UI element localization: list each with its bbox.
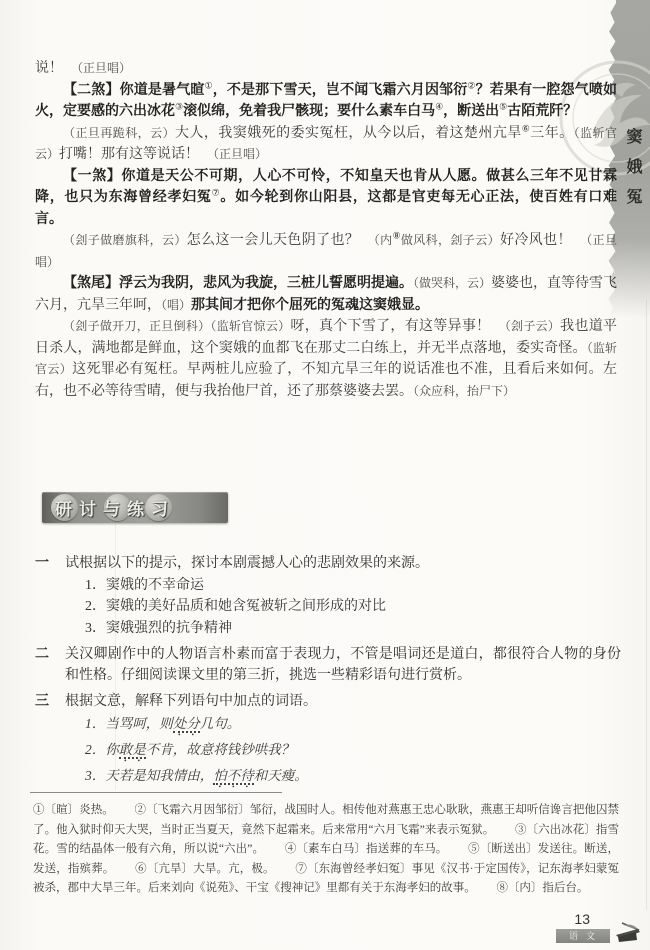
text-segment-plain: 1．窦娥的不幸命运 (85, 578, 204, 593)
text-segment-note: ③ (175, 101, 183, 111)
text-segment-speech: 三年。 (530, 126, 573, 141)
exercise-section-number: 一 (35, 554, 65, 639)
text-segment-note: ① (205, 80, 213, 90)
text-segment-aria: 那其间才把你个屈死的冤魂这窦娥显。 (191, 298, 429, 313)
publisher-logo-icon (612, 915, 646, 945)
text-segment-speech: 这死罪必有冤枉。早两桩儿应验了，不知亢旱三年的说话准也不准，且看后来如何。左右，… (35, 362, 617, 399)
text-segment-note: ② (467, 80, 475, 90)
text-segment-k: 和天瘦。 (254, 768, 308, 783)
text-segment-k: 3．天若是知我情由， (85, 768, 213, 783)
text-segment-note: ④ (435, 101, 443, 111)
text-segment-speech: 好冷风也！ (500, 233, 586, 248)
text-segment-speech: 大人，我窦娥死的委实冤枉，从今以后，着这楚州亢旱 (175, 126, 522, 141)
text-segment-speech: 呀，真个下雪了，有这等异事！ (290, 319, 504, 334)
text-segment-note: ⑥ (522, 123, 531, 133)
exercise-section-number: 二 (35, 645, 65, 686)
text-segment-k: 几句。 (200, 716, 241, 731)
footnote: ⑧〔内〕指后台。 (496, 882, 588, 894)
text-segment-aria: 【煞尾】浮云为我阴，悲风为我旋，三桩儿誓愿明提遍。 (63, 276, 413, 291)
exercise-item: 2．你敢是不肯，故意将钱钞哄我？ (65, 740, 621, 765)
text-segment-stage: （正旦唱） (213, 147, 267, 161)
exercise-item: 3．窦娥强烈的抗争精神 (65, 619, 621, 640)
exercise-section: 二关汉卿剧作中的人物语言朴素而富于表现力，不管是唱词还是道白，都很符合人物的身份… (35, 645, 621, 686)
text-segment-k: 1．当骂呵，则 (85, 716, 173, 731)
text-segment-stage: （刽子云） (505, 319, 560, 333)
exercise-section-number: 三 (35, 692, 65, 791)
exercise-prompt: 关汉卿剧作中的人物语言朴素而富于表现力，不管是唱词还是道白，都很符合人物的身份和… (65, 645, 621, 686)
text-segment-stage: 做风科，刽子云） (401, 233, 500, 247)
text-segment-kd: 敢是 (119, 742, 146, 759)
text-segment-speech: 怎么这一会儿天色阴了也？ (187, 233, 374, 248)
text-segment-aria: 古陌荒阡？ (507, 104, 577, 119)
footnote: ④〔素车白马〕指送葬的车马。 (285, 843, 448, 855)
text-segment-stage: （刽子做磨旗科，云） (63, 233, 187, 247)
play-paragraph: 说！ （正旦唱） (35, 58, 617, 80)
text-segment-stage: （正旦再跪科，云） (63, 126, 175, 140)
exercise-prompt: 试根据以下的提示，探讨本剧震撼人心的悲剧效果的来源。 (65, 554, 621, 575)
exercises-block: 一试根据以下的提示，探讨本剧震撼人心的悲剧效果的来源。1．窦娥的不幸命运2．窦娥… (35, 554, 621, 797)
text-segment-stage: （众应科，抬尸下） (413, 384, 515, 398)
footer-subject-label: 语文 (556, 929, 610, 943)
play-text-block: 说！ （正旦唱）【二煞】你道是暑气暄①，不是那下雪天，岂不闻飞霜六月因邹衍②？若… (35, 58, 617, 402)
lesson-title-vertical: 窦娥冤 (621, 128, 644, 218)
text-segment-stage: （刽子做开刀，正旦倒科）（监斩官惊云） (63, 319, 290, 333)
play-paragraph: 【二煞】你道是暑气暄①，不是那下雪天，岂不闻飞霜六月因邹衍②？若果有一腔怨气喷如… (35, 80, 617, 123)
text-segment-note: ⑧ (392, 230, 400, 240)
exercise-section: 三根据文意，解释下列语句中加点的词语。1．当骂呵，则处分几句。2．你敢是不肯，故… (35, 692, 621, 791)
text-segment-plain: 2．窦娥的美好品质和她含冤被斩之间形成的对比 (85, 599, 386, 614)
footnote: ①〔暄〕炎热。 (33, 804, 114, 816)
exercise-item: 2．窦娥的美好品质和她含冤被斩之间形成的对比 (65, 597, 621, 618)
play-paragraph: 【煞尾】浮云为我阴，悲风为我旋，三桩儿誓愿明提遍。（做哭科，云）婆婆也，直等待雪… (35, 273, 617, 316)
play-paragraph: （刽子做开刀，正旦倒科）（监斩官惊云）呀，真个下雪了，有这等异事！ （刽子云）我… (35, 316, 617, 402)
play-paragraph: （刽子做磨旗科，云）怎么这一会儿天色阴了也？ （内⑧做风科，刽子云）好冷风也！ … (35, 230, 617, 273)
text-segment-speech: 说！ (35, 61, 77, 76)
page-number: 13 (574, 911, 590, 927)
text-segment-aria: ，断送出 (443, 104, 499, 119)
play-paragraph: （正旦再跪科，云）大人，我窦娥死的委实冤枉，从今以后，着这楚州亢旱⑥三年。（监斩… (35, 123, 617, 166)
exercise-prompt: 根据文意，解释下列语句中加点的词语。 (65, 692, 621, 713)
footnotes-block: ①〔暄〕炎热。②〔飞霜六月因邹衍〕邹衍，战国时人。相传他对燕惠王忠心耿耿，燕惠王… (33, 801, 619, 899)
text-segment-k: 不肯，故意将钱钞哄我？ (146, 742, 295, 757)
play-paragraph: 【一煞】你道是天公不可期，人心不可怜，不知皇天也肯从人愿。做甚么三年不见甘霖降，… (35, 166, 617, 231)
footnote: ⑥〔亢旱〕大旱。亢，极。 (135, 863, 275, 875)
exercise-item: 1．窦娥的不幸命运 (65, 576, 621, 597)
text-segment-stage: （正旦唱） (77, 61, 131, 75)
text-segment-speech: 打嘴！那有这等说话！ (59, 147, 213, 162)
section-banner-title: 研讨与练习 (42, 495, 175, 520)
exercise-item: 1．当骂呵，则处分几句。 (65, 714, 621, 739)
text-segment-stage: （内 (374, 233, 393, 247)
page-edge-line (646, 300, 647, 910)
footnote-rule (30, 792, 282, 793)
exercise-item: 3．天若是知我情由，怕不待和天瘦。 (65, 766, 621, 791)
text-segment-aria: ，不是那下雪天，岂不闻飞霜六月因邹衍 (213, 83, 468, 98)
text-segment-aria: 【二煞】你道是暑气暄 (63, 83, 205, 98)
section-banner: 研讨与练习 (42, 492, 228, 523)
text-segment-kd: 怕不待 (213, 768, 254, 785)
text-segment-stage: （做哭科，云） (413, 276, 491, 290)
text-segment-stage: （唱） (161, 298, 191, 312)
text-segment-aria: 滚似绵，免着我尸骸现；要什么素车白马 (183, 104, 435, 119)
exercise-section: 一试根据以下的提示，探讨本剧震撼人心的悲剧效果的来源。1．窦娥的不幸命运2．窦娥… (35, 554, 621, 639)
text-segment-kd: 处分 (173, 716, 200, 733)
textbook-page: 窦娥冤 说！ （正旦唱）【二煞】你道是暑气暄①，不是那下雪天，岂不闻飞霜六月因邹… (0, 0, 650, 950)
text-segment-plain: 3．窦娥强烈的抗争精神 (85, 621, 232, 636)
text-segment-k: 2．你 (85, 742, 119, 757)
